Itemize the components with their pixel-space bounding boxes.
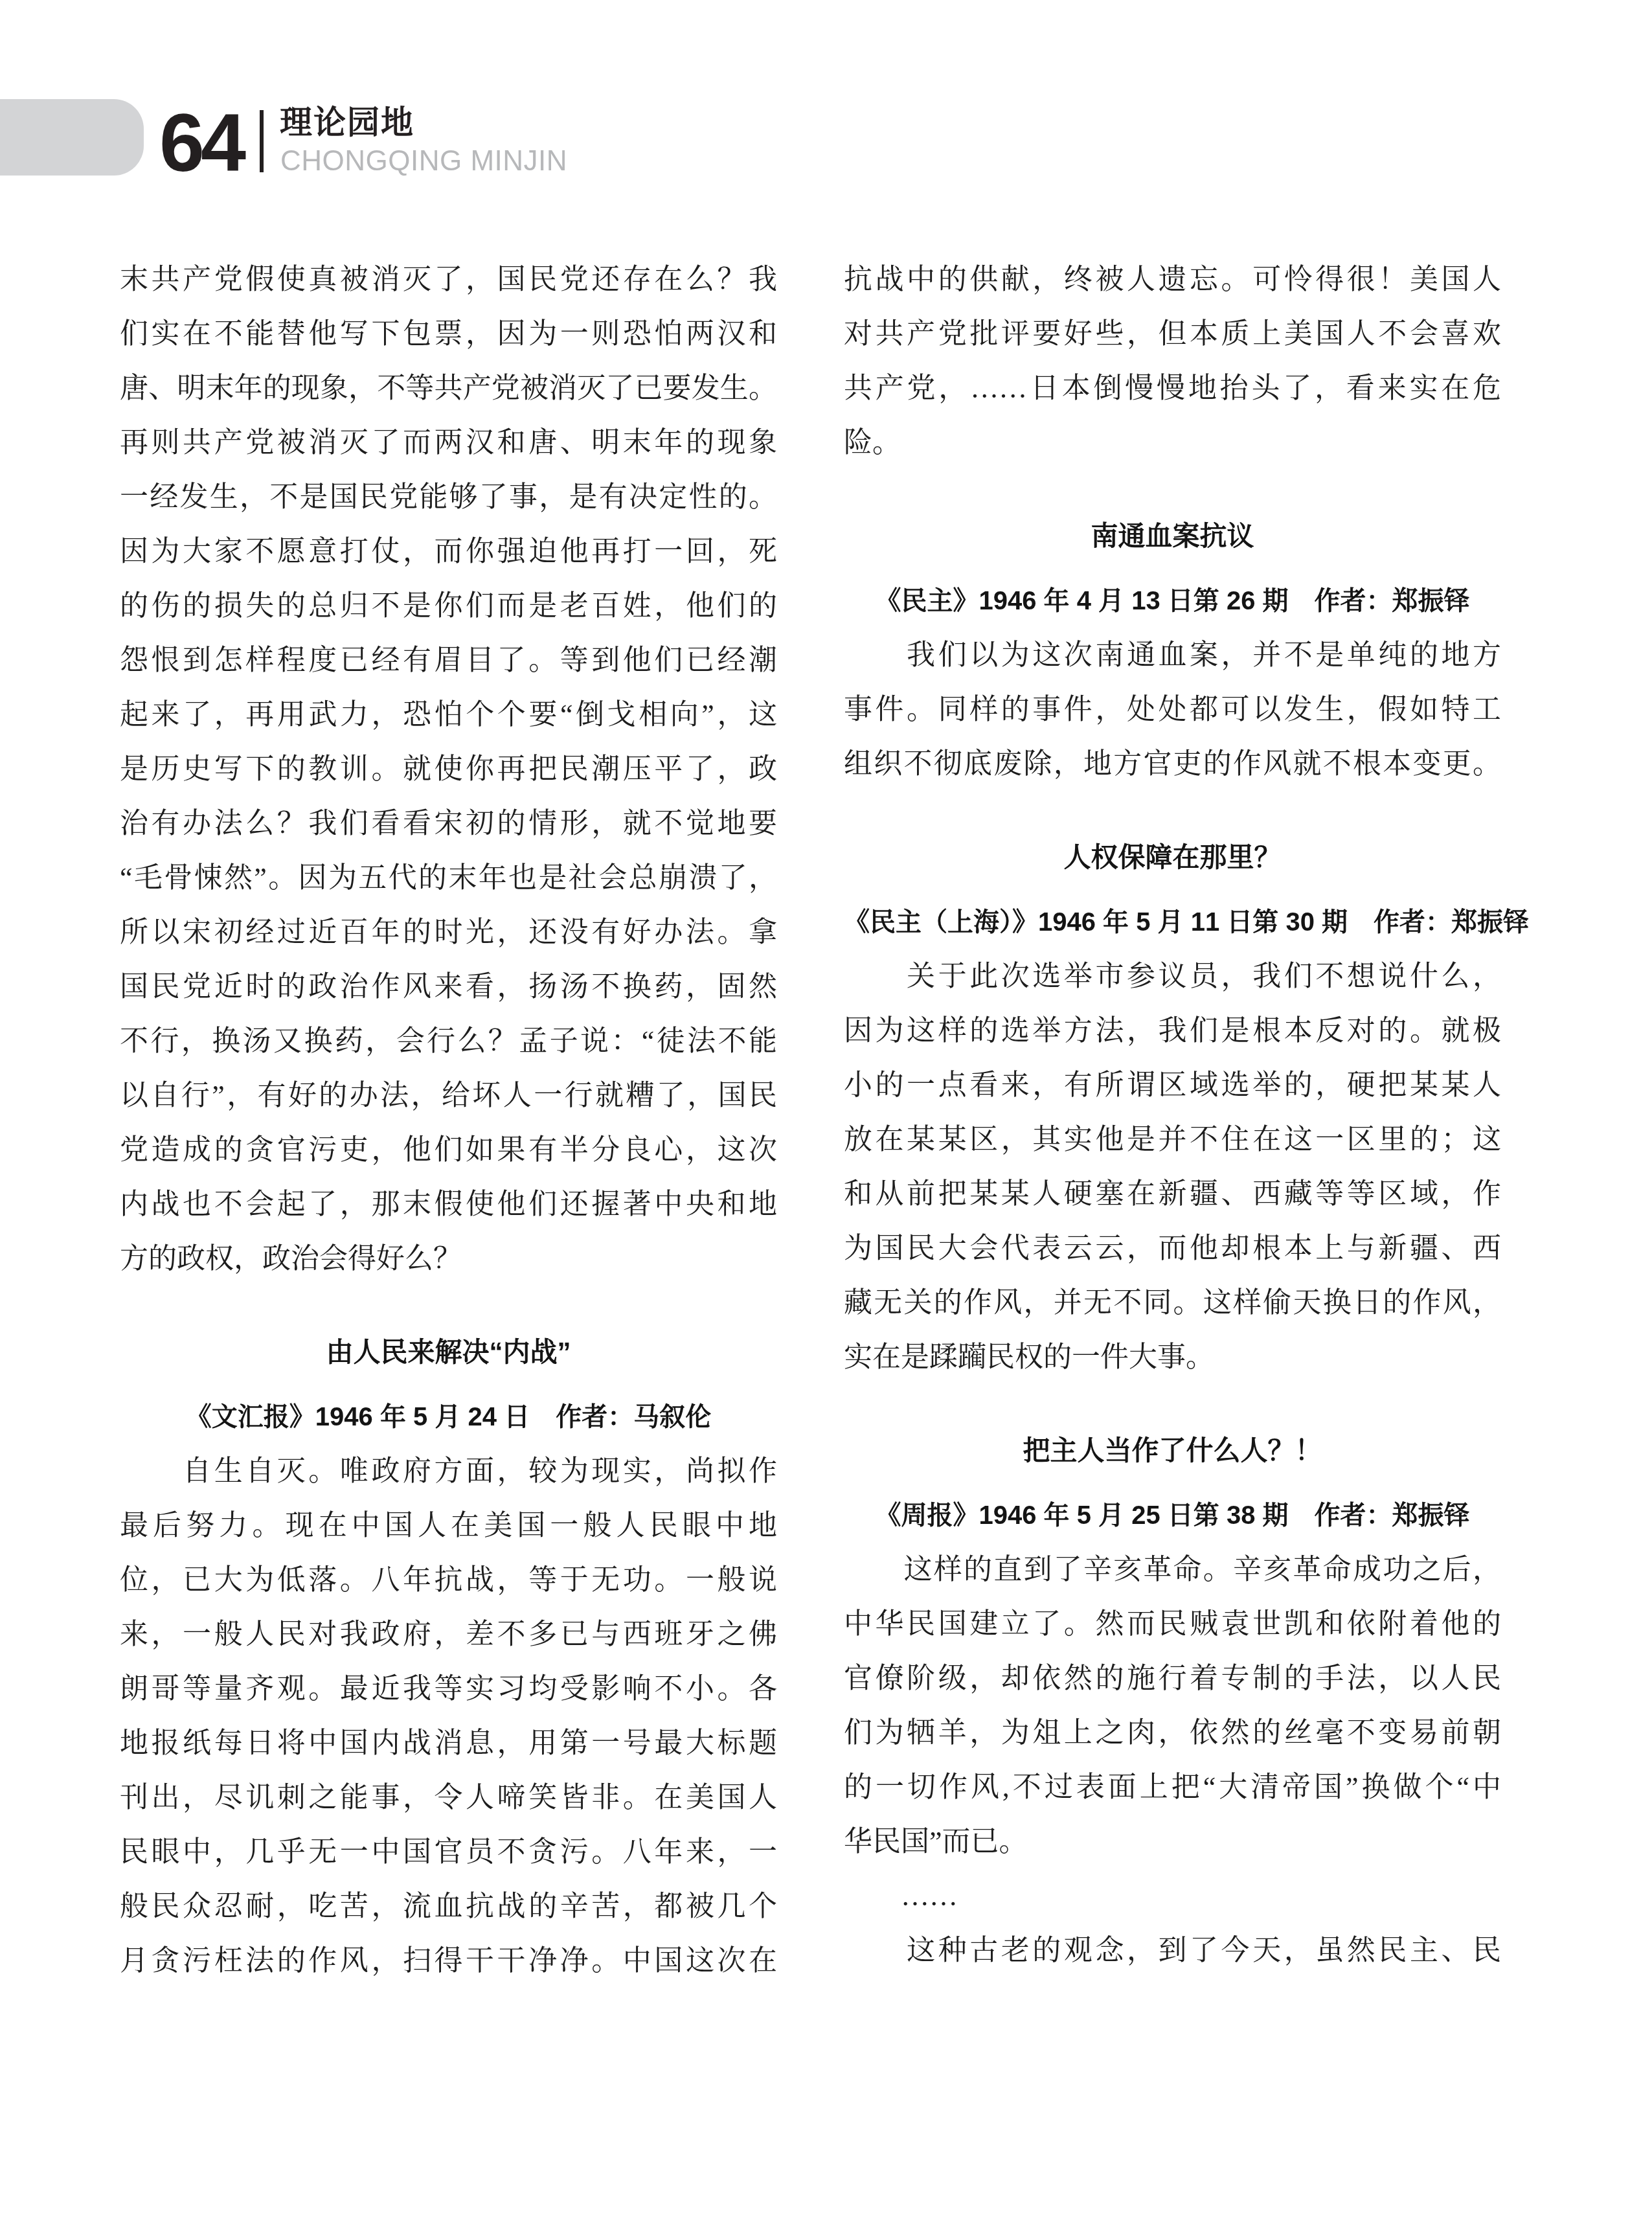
body-line: 国民党近时的政治作风来看，扬汤不换药，固然 (120, 960, 777, 1014)
body-line: 朗哥等量齐观。最近我等实习均受影响不小。各 (120, 1662, 777, 1716)
body-line: 因为这样的选举方法，我们是根本反对的。就极 (844, 1004, 1501, 1058)
header-divider (260, 110, 264, 172)
body-line: 方的政权，政治会得好么？ (120, 1232, 777, 1286)
article-heading: 把主人当作了什么人？！ (844, 1424, 1501, 1478)
body-line: “毛骨悚然”。因为五代的末年也是社会总崩溃了， (120, 851, 777, 905)
body-line: 们实在不能替他写下包票，因为一则恐怕两汉和 (120, 307, 777, 361)
body-line: 唐、明末年的现象，不等共产党被消灭了已要发生。 (120, 361, 777, 416)
article-source-line: 《文汇报》1946 年 5 月 24 日 作者：马叙伦 (120, 1390, 777, 1444)
body-line: 放在某某区，其实他是并不住在这一区里的；这 (844, 1113, 1501, 1167)
body-line: 中华民国建立了。然而民贼袁世凯和依附着他的 (844, 1597, 1501, 1652)
body-line: 自生自灭。唯政府方面，较为现实，尚拟作 (120, 1444, 777, 1499)
body-line: 治有办法么？我们看看宋初的情形，就不觉地要 (120, 797, 777, 851)
body-line: 起来了，再用武力，恐怕个个要“倒戈相向”，这 (120, 688, 777, 742)
body-line: 小的一点看来，有所谓区域选举的，硬把某某人 (844, 1058, 1501, 1113)
body-line: 对共产党批评要好些，但本质上美国人不会喜欢 (844, 307, 1501, 361)
paragraph: 末共产党假使真被消灭了，国民党还存在么？我们实在不能替他写下包票，因为一则恐怕两… (120, 253, 777, 1286)
body-line: 的一切作风,不过表面上把“大清帝国”换做个“中 (844, 1760, 1501, 1815)
header-grey-tab (0, 99, 144, 176)
body-line: 险。 (844, 416, 1501, 470)
body-line: 再则共产党被消灭了而两汉和唐、明末年的现象 (120, 416, 777, 470)
body-line: 的伤的损失的总归不是你们而是老百姓，他们的 (120, 579, 777, 633)
body-line: 和从前把某某人硬塞在新疆、西藏等等区域，作 (844, 1167, 1501, 1221)
body-line: 这种古老的观念，到了今天，虽然民主、民 (844, 1924, 1501, 1978)
body-line: 不行，换汤又换药，会行么？孟子说：“徒法不能 (120, 1014, 777, 1069)
body-line: 事件。同样的事件，处处都可以发生，假如特工 (844, 683, 1501, 737)
body-line: 末共产党假使真被消灭了，国民党还存在么？我 (120, 253, 777, 307)
body-line: 共产党，……日本倒慢慢地抬头了，看来实在危 (844, 361, 1501, 416)
body-line: 组织不彻底废除，地方官吏的作风就不根本变更。 (844, 737, 1501, 791)
section-subtitle: CHONGQING MINJIN (280, 147, 567, 176)
article-source-line: 《民主（上海）》1946 年 5 月 11 日第 30 期 作者：郑振铎 (844, 895, 1501, 949)
text-column-right: 抗战中的供献，终被人遗忘。可怜得很！美国人对共产党批评要好些，但本质上美国人不会… (844, 253, 1501, 1978)
paragraph: 这样的直到了辛亥革命。辛亥革命成功之后，中华民国建立了。然而民贼袁世凯和依附着他… (844, 1543, 1501, 1978)
article-heading: 由人民来解决“内战” (120, 1325, 777, 1380)
body-line: 这样的直到了辛亥革命。辛亥革命成功之后， (844, 1543, 1501, 1597)
article-source-line: 《民主》1946 年 4 月 13 日第 26 期 作者：郑振铎 (844, 574, 1501, 628)
body-line: 以自行”，有好的办法，给坏人一行就糟了，国民 (120, 1069, 777, 1123)
body-line: 我们以为这次南通血案，并不是单纯的地方 (844, 628, 1501, 683)
article-heading: 人权保障在那里？ (844, 830, 1501, 885)
body-line: 党造成的贪官污吏，他们如果有半分良心，这次 (120, 1123, 777, 1177)
paragraph: 抗战中的供献，终被人遗忘。可怜得很！美国人对共产党批评要好些，但本质上美国人不会… (844, 253, 1501, 470)
body-line: 为国民大会代表云云，而他却根本上与新疆、西 (844, 1221, 1501, 1276)
body-line: 实在是蹂躏民权的一件大事。 (844, 1330, 1501, 1385)
body-line: 华民国”而已。 (844, 1815, 1501, 1869)
article-source-line: 《周报》1946 年 5 月 25 日第 38 期 作者：郑振铎 (844, 1488, 1501, 1543)
body-line: 怨恨到怎样程度已经有眉目了。等到他们已经潮 (120, 633, 777, 688)
body-line: 官僚阶级，却依然的施行着专制的手法，以人民 (844, 1652, 1501, 1706)
body-line: 是历史写下的教训。就使你再把民潮压平了，政 (120, 742, 777, 797)
page-number: 64 (159, 102, 242, 184)
body-line: 来，一般人民对我政府，差不多已与西班牙之佛 (120, 1607, 777, 1662)
body-line: 关于此次选举市参议员，我们不想说什么， (844, 949, 1501, 1004)
text-column-left: 末共产党假使真被消灭了，国民党还存在么？我们实在不能替他写下包票，因为一则恐怕两… (120, 253, 777, 1988)
paragraph: 关于此次选举市参议员，我们不想说什么，因为这样的选举方法，我们是根本反对的。就极… (844, 949, 1501, 1385)
body-line: 一经发生，不是国民党能够了事，是有决定性的。 (120, 470, 777, 525)
body-line: 民眼中，几乎无一中国官员不贪污。八年来，一 (120, 1825, 777, 1880)
body-line: …… (844, 1869, 1501, 1924)
paragraph: 自生自灭。唯政府方面，较为现实，尚拟作最后努力。现在中国人在美国一般人民眼中地位… (120, 1444, 777, 1988)
body-line: 所以宋初经过近百年的时光，还没有好办法。拿 (120, 905, 777, 960)
body-line: 般民众忍耐，吃苦，流血抗战的辛苦，都被几个 (120, 1880, 777, 1934)
body-line: 最后努力。现在中国人在美国一般人民眼中地 (120, 1499, 777, 1553)
body-line: 位，已大为低落。八年抗战，等于无功。一般说 (120, 1553, 777, 1607)
body-line: 因为大家不愿意打仗，而你强迫他再打一回，死 (120, 525, 777, 579)
magazine-page: 64 理论园地 CHONGQING MINJIN 末共产党假使真被消灭了，国民党… (0, 0, 1652, 2226)
article-heading: 南通血案抗议 (844, 509, 1501, 563)
paragraph: 我们以为这次南通血案，并不是单纯的地方事件。同样的事件，处处都可以发生，假如特工… (844, 628, 1501, 791)
body-line: 藏无关的作风，并无不同。这样偷天换日的作风， (844, 1276, 1501, 1330)
body-line: 内战也不会起了，那末假使他们还握著中央和地 (120, 1177, 777, 1232)
body-line: 抗战中的供献，终被人遗忘。可怜得很！美国人 (844, 253, 1501, 307)
body-line: 们为牺羊，为俎上之肉，依然的丝毫不变易前朝 (844, 1706, 1501, 1760)
body-line: 月贪污枉法的作风，扫得干干净净。中国这次在 (120, 1934, 777, 1988)
body-line: 刊出，尽讥刺之能事，令人啼笑皆非。在美国人 (120, 1771, 777, 1825)
section-title: 理论园地 (280, 106, 414, 139)
body-line: 地报纸每日将中国内战消息，用第一号最大标题 (120, 1716, 777, 1771)
